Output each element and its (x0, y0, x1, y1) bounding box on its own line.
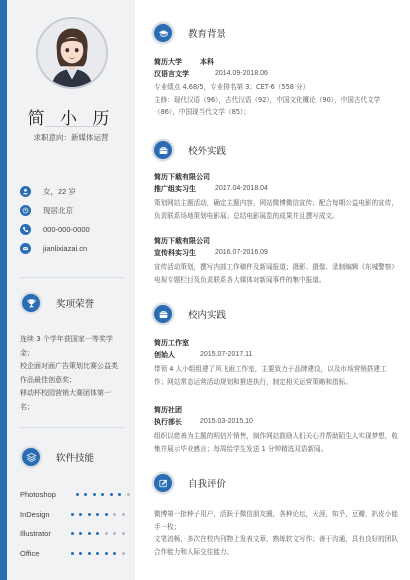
rating-dot-filled (96, 552, 99, 555)
period: 2017.04-2018.04 (215, 183, 268, 195)
skill-row: Photoshop (20, 485, 130, 505)
rating-dot-empty (105, 532, 108, 535)
external-practice-title: 校外实践 (188, 143, 226, 157)
rating-dot-filled (71, 513, 74, 516)
skill-row: Illustrator (20, 524, 130, 544)
skill-rating (71, 552, 131, 555)
description: 组织以慈善为主题的明信片销售，制作网站鼓励人们关心并帮助陌生人实现梦想，收集并展… (154, 430, 399, 455)
rating-dot-empty (122, 552, 125, 555)
experience-entry: 简历工作室 创始人 2015.07-2017.11 带领 4 人小组组建了风飞雨… (154, 338, 399, 388)
self-evaluation-section-header: 自我评价 (152, 472, 226, 494)
trophy-icon (20, 292, 42, 314)
organization: 简历下载有限公司 (154, 236, 399, 247)
period: 2016.07-2016.09 (215, 247, 268, 259)
rating-dot-filled (93, 493, 96, 496)
edit-icon (152, 472, 174, 494)
awards-section-header: 奖项荣誉 (20, 292, 94, 314)
skills-title: 软件技能 (56, 450, 94, 464)
avatar (36, 17, 108, 89)
rating-dot-filled (101, 493, 104, 496)
skill-name: InDesign (20, 510, 51, 519)
sidebar-divider (20, 277, 124, 278)
rating-dot-filled (88, 532, 91, 535)
rating-dot-filled (79, 513, 82, 516)
period: 2015.03-2015.10 (200, 416, 253, 428)
role: 推广组实习生 (154, 183, 215, 195)
role: 创始人 (154, 349, 200, 361)
education-detail: 主修：现代汉语（96），古代汉语（92），中国文化概论（90），中国古代文学（8… (154, 94, 399, 119)
self-evaluation-line: 微博第一批种子用户，活跃于微信朋友圈，各种论坛，天涯，知乎，豆瓣，扒皮小能手一枚… (154, 508, 399, 533)
rating-dot-filled (96, 513, 99, 516)
rating-dot-filled (79, 532, 82, 535)
graduation-cap-icon (152, 22, 174, 44)
resume-page: 简 小 历 求职意向：新媒体运营 女，22 岁 现居北京 000-000-00 (0, 0, 410, 580)
skill-rating (71, 532, 131, 535)
organization: 简历社团 (154, 405, 399, 416)
organization: 简历下载有限公司 (154, 172, 399, 183)
main-content: 教育背景 简历大学 本科 汉语言文学 2014.09-2018.06 专业绩点 … (135, 0, 410, 580)
rating-dot-filled (71, 552, 74, 555)
description: 宣传活动策划，撰写内部工作稿件及新闻报道；摄影、摄像、录制编辑《东城警察》电视专… (154, 261, 399, 286)
description: 带领 4 人小组组建了风飞雨工作室，主要致力于品牌建设，以及市场营销搭建工作；网… (154, 363, 399, 388)
rating-dot-empty (113, 513, 116, 516)
campus-practice-section-header: 校内实践 (152, 303, 226, 325)
person-icon (20, 186, 31, 197)
skills-section-header: 软件技能 (20, 446, 94, 468)
layers-icon (20, 446, 42, 468)
awards-title: 奖项荣誉 (56, 296, 94, 310)
awards-list: 连续 3 个学年获国家一等奖学金； 校企面对面广告策划比赛公益类作品最佳创意奖；… (20, 333, 120, 414)
period: 2015.07-2017.11 (200, 349, 252, 361)
self-evaluation-text: 微博第一批种子用户，活跃于微信朋友圈，各种论坛，天涯，知乎，豆瓣，扒皮小能手一枚… (154, 506, 399, 558)
rating-dot-filled (71, 532, 74, 535)
name-divider (45, 126, 99, 127)
skill-row: InDesign (20, 505, 130, 525)
briefcase-icon (152, 303, 174, 325)
award-item: 校企面对面广告策划比赛公益类作品最佳创意奖； (20, 360, 120, 387)
rating-dot-empty (122, 532, 125, 535)
experience-entry: 简历下载有限公司 宣传科实习生 2016.07-2016.09 宣传活动策划，撰… (154, 236, 399, 286)
rating-dot-empty (122, 513, 125, 516)
email-icon (20, 243, 31, 254)
education-detail: 专业绩点 4.68/5，专业排名第 3；CET-6（558 分） (154, 81, 399, 94)
school-name: 简历大学 (154, 56, 200, 68)
self-evaluation-line: 文笔流畅，多次在校内刊物上发表文章，熟练软文写作；善于沟通，具有良好的团队合作能… (154, 533, 399, 558)
phone-icon (20, 224, 31, 235)
contact-item-location: 现居北京 (20, 201, 90, 220)
major: 汉语言文学 (154, 68, 215, 80)
self-evaluation-title: 自我评价 (188, 476, 226, 490)
rating-dot-filled (105, 513, 108, 516)
skill-name: Office (20, 549, 51, 558)
avatar-portrait-icon (38, 19, 106, 87)
skill-rating (71, 513, 131, 516)
contact-item-email: jianlixiazai.cn (20, 239, 90, 258)
degree: 本科 (200, 56, 214, 68)
experience-entry: 简历社团 执行部长 2015.03-2015.10 组织以慈善为主题的明信片销售… (154, 405, 399, 455)
rating-dot-filled (76, 493, 79, 496)
rating-dot-filled (84, 493, 87, 496)
job-intent: 求职意向：新媒体运营 (0, 132, 135, 143)
award-item: 连续 3 个学年获国家一等奖学金； (20, 333, 120, 360)
rating-dot-filled (118, 493, 121, 496)
campus-practice-title: 校内实践 (188, 307, 226, 321)
rating-dot-filled (110, 493, 113, 496)
external-practice-section-header: 校外实践 (152, 139, 226, 161)
skill-name: Photoshop (20, 490, 56, 499)
education-entry: 简历大学 本科 汉语言文学 2014.09-2018.06 专业绩点 4.68/… (154, 56, 399, 119)
contact-item-phone: 000-000-0000 (20, 220, 90, 239)
education-title: 教育背景 (188, 26, 226, 40)
skills-list: Photoshop InDesign Illustrator Office (20, 485, 130, 563)
location-icon (20, 205, 31, 216)
rating-dot-filled (79, 552, 82, 555)
rating-dot-filled (113, 552, 116, 555)
skill-row: Office (20, 544, 130, 564)
rating-dot-filled (88, 552, 91, 555)
role: 宣传科实习生 (154, 247, 215, 259)
accent-bar (0, 0, 7, 580)
description: 策划网站主题活动，确定主题内容，网站微博微信宣传；配合每期公益电影的宣传，负责联… (154, 197, 399, 222)
rating-dot-empty (113, 532, 116, 535)
role: 执行部长 (154, 416, 200, 428)
organization: 简历工作室 (154, 338, 399, 349)
contact-item-gender-age: 女，22 岁 (20, 182, 90, 201)
contact-list: 女，22 岁 现居北京 000-000-0000 jianlixiazai.cn (20, 182, 90, 258)
rating-dot-empty (127, 493, 130, 496)
experience-entry: 简历下载有限公司 推广组实习生 2017.04-2018.04 策划网站主题活动… (154, 172, 399, 222)
rating-dot-filled (105, 552, 108, 555)
skill-rating (76, 493, 136, 496)
education-section-header: 教育背景 (152, 22, 226, 44)
sidebar: 简 小 历 求职意向：新媒体运营 女，22 岁 现居北京 000-000-00 (0, 0, 135, 580)
briefcase-icon (152, 139, 174, 161)
sidebar-divider (20, 427, 124, 428)
rating-dot-filled (96, 532, 99, 535)
rating-dot-filled (88, 513, 91, 516)
skill-name: Illustrator (20, 529, 51, 538)
award-item: 移动杯校园营销大赛团体第一名； (20, 387, 120, 414)
education-period: 2014.09-2018.06 (215, 68, 268, 80)
